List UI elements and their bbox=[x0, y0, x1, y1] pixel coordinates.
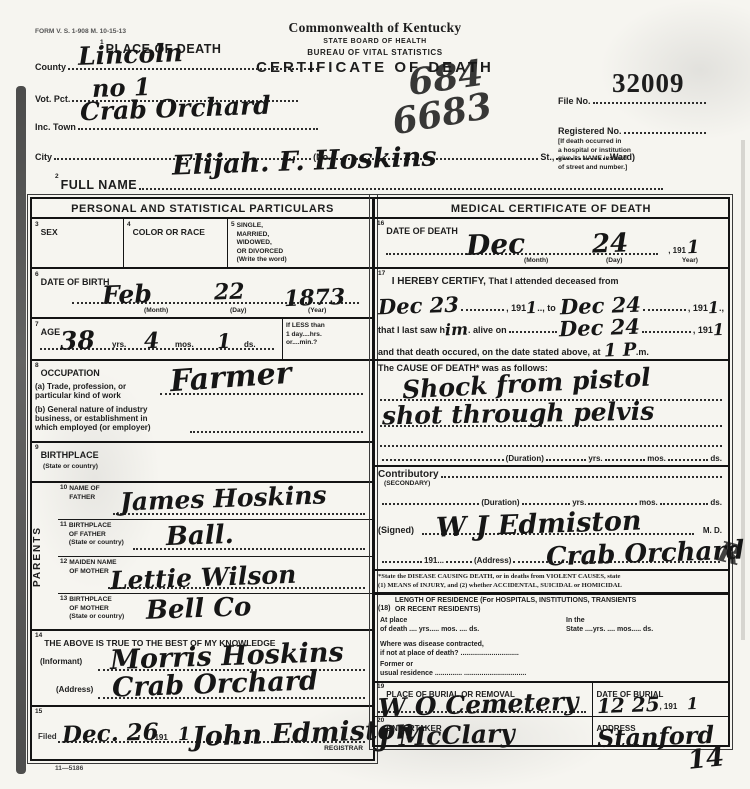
year-stub: , 191 bbox=[506, 303, 526, 313]
birth-year-value: 1873 bbox=[284, 286, 346, 310]
personal-particulars-section: PERSONAL AND STATISTICAL PARTICULARS 3SE… bbox=[30, 197, 375, 761]
year-sublabel: (Year) bbox=[308, 307, 326, 316]
county-value: Lincoln bbox=[78, 40, 184, 69]
scan-edge-left bbox=[16, 86, 26, 774]
md-label: M. D. bbox=[703, 526, 722, 535]
year-stub: , 191 bbox=[688, 303, 708, 313]
field-number: 19 bbox=[377, 683, 384, 690]
contributory-secondary-label: (SECONDARY) bbox=[384, 480, 724, 489]
informant-address-label: (Address) bbox=[56, 685, 93, 694]
field-number: 3 bbox=[35, 221, 39, 228]
footnote-block: *State the DISEASE CAUSING DEATH, or in … bbox=[374, 569, 728, 595]
field-number: 13 bbox=[60, 595, 67, 602]
father-birthplace-row: 11BIRTHPLACE OF FATHER (State or country… bbox=[58, 520, 373, 557]
days-unit-label: ds. bbox=[710, 498, 722, 507]
dotted-leader bbox=[382, 561, 422, 563]
father-name-row: 10NAME OF FATHER James Hoskins bbox=[58, 483, 373, 520]
undertaker-address-cell: ADDRESS Stanford bbox=[593, 717, 728, 747]
parents-section: PARENTS 10NAME OF FATHER James Hoskins 1… bbox=[32, 483, 373, 631]
birthplace-label: BIRTHPLACE bbox=[41, 450, 99, 460]
filed-year-digit: 1 bbox=[178, 726, 191, 744]
registered-number-row: Registered No. bbox=[558, 116, 708, 136]
comma-label: ., bbox=[719, 303, 724, 313]
date-of-death-label: DATE OF DEATH bbox=[386, 226, 458, 236]
age-label: AGE bbox=[41, 327, 61, 337]
burial-place-value: W O Cemetery bbox=[378, 689, 579, 721]
duration-label: (Duration) bbox=[481, 498, 519, 507]
footnote-line2: (1) MEANS of INJURY, and (2) whether ACC… bbox=[378, 582, 724, 591]
dotted-leader bbox=[588, 503, 637, 505]
death-year-digit: 1 bbox=[687, 239, 700, 257]
birthplace-sublabel: (State or country) bbox=[43, 463, 370, 472]
father-birthplace-label: BIRTHPLACE OF FATHER (State or country) bbox=[69, 522, 124, 548]
last-saw-date: Dec 24 bbox=[559, 316, 641, 340]
dotted-leader bbox=[446, 561, 472, 563]
dotted-leader bbox=[624, 132, 706, 134]
year-blank-label: 191... bbox=[424, 556, 444, 565]
age-field: 7AGE 38 yrs. 4 mos. 1 ds. bbox=[32, 319, 282, 359]
form-footer-code: 11—5186 bbox=[55, 765, 83, 774]
informant-label: (Informant) bbox=[40, 657, 82, 666]
dotted-leader bbox=[668, 459, 709, 461]
commonwealth-title: Commonwealth of Kentucky bbox=[235, 20, 515, 36]
cause-of-death-line2: shot through pelvis bbox=[382, 399, 655, 429]
undertaker-cell: 20UNDERTAKER J McClary bbox=[374, 717, 593, 747]
field-number: 8 bbox=[35, 362, 39, 369]
residence-former: Former or usual residence ..............… bbox=[380, 661, 526, 679]
dotted-leader bbox=[660, 503, 709, 505]
dotted-leader bbox=[522, 503, 571, 505]
death-time-value: 1 P bbox=[603, 341, 636, 360]
color-race-field: 4COLOR OR RACE bbox=[124, 219, 228, 267]
cause-of-death-section: The CAUSE OF DEATH* was as follows: Shoc… bbox=[374, 361, 728, 467]
month-sublabel: (Month) bbox=[524, 257, 548, 266]
years-unit-label: yrs. bbox=[588, 454, 602, 463]
death-certificate-scan: FORM V. S. 1-908 M. 10-15-13 1PLACE OF D… bbox=[0, 0, 750, 789]
field-number: 10 bbox=[60, 484, 67, 491]
county-label: County bbox=[35, 62, 66, 72]
father-name-value: James Hoskins bbox=[120, 482, 327, 514]
informant-address-value: Crab Orchard bbox=[112, 667, 319, 701]
death-day-value: 24 bbox=[592, 230, 629, 257]
burial-year-digit: 1 bbox=[687, 696, 699, 712]
mother-maiden-name-row: 12MAIDEN NAME OF MOTHER Lettie Wilson bbox=[58, 557, 373, 594]
color-race-label: COLOR OR RACE bbox=[133, 227, 205, 237]
footnote-line1: *State the DISEASE CAUSING DEATH, or in … bbox=[378, 573, 724, 582]
year-stub: , 191 bbox=[659, 702, 677, 711]
age-years-value: 38 bbox=[60, 327, 96, 353]
dotted-leader bbox=[605, 459, 646, 461]
sex-field: 3SEX bbox=[32, 219, 124, 267]
mother-birthplace-row: 13BIRTHPLACE OF MOTHER (State or country… bbox=[58, 594, 373, 629]
months-unit-label: mos. bbox=[175, 340, 194, 349]
burial-place-cell: 19PLACE OF BURIAL OR REMOVAL W O Cemeter… bbox=[374, 683, 593, 717]
attended-to-year-digit: 1 bbox=[708, 300, 720, 316]
address-label: (Address) bbox=[474, 556, 511, 565]
age-months-value: 4 bbox=[144, 330, 160, 353]
dotted-leader bbox=[78, 128, 318, 130]
registered-number-label: Registered No. bbox=[558, 126, 622, 136]
death-month-value: Dec bbox=[466, 230, 526, 260]
full-name-label: FULL NAME bbox=[61, 178, 138, 192]
burial-date-value: 12 25 bbox=[597, 694, 660, 716]
mother-birthplace-label: BIRTHPLACE OF MOTHER (State or country) bbox=[69, 596, 124, 622]
undertaker-value: J McClary bbox=[378, 721, 516, 751]
last-saw-pronoun: im bbox=[445, 322, 469, 339]
residence-contracted: Where was disease contracted, if not at … bbox=[380, 641, 519, 659]
field-number: (18) bbox=[378, 605, 390, 612]
dotted-leader bbox=[380, 445, 722, 447]
to-label: .., to bbox=[537, 303, 556, 313]
signed-label: (Signed) bbox=[378, 525, 414, 535]
dotted-leader bbox=[593, 102, 706, 104]
medical-certificate-title: MEDICAL CERTIFICATE OF DEATH bbox=[374, 199, 728, 219]
field-number: 16 bbox=[377, 220, 384, 227]
street-label: St., bbox=[540, 152, 554, 162]
occupation-row: 8OCCUPATION (a) Trade, profession, or pa… bbox=[32, 361, 373, 443]
physician-signature: W J Edmiston bbox=[436, 507, 642, 541]
month-sublabel: (Month) bbox=[144, 307, 168, 316]
dotted-leader bbox=[461, 309, 504, 311]
day-sublabel: (Day) bbox=[230, 307, 247, 316]
field-number: 17 bbox=[378, 270, 385, 277]
certify-intro-bold: I HEREBY CERTIFY, bbox=[392, 276, 486, 287]
burial-grid: 19PLACE OF BURIAL OR REMOVAL W O Cemeter… bbox=[374, 681, 728, 747]
file-number-value: 32009 bbox=[612, 68, 685, 99]
months-unit-label: mos. bbox=[647, 454, 666, 463]
mother-birthplace-value: Bell Co bbox=[146, 594, 252, 624]
field-number: 9 bbox=[35, 444, 39, 451]
last-saw-post: . alive on bbox=[468, 325, 507, 335]
days-unit-label: ds. bbox=[710, 454, 722, 463]
filed-registrar-row: 15 Filed Dec. 26 , 191 1 John Edmiston R… bbox=[32, 707, 373, 755]
residence-in-state: In the State ....yrs. .... mos..... ds. bbox=[566, 617, 653, 635]
signed-row: (Signed) W J Edmiston M. D. bbox=[374, 509, 728, 541]
dotted-leader bbox=[382, 503, 479, 505]
attended-from-date: Dec 23 bbox=[378, 294, 460, 318]
year-stub: , 191 bbox=[693, 325, 713, 335]
attended-from-line: Dec 23 , 191 1 .., to Dec 24 , 191 1 ., bbox=[378, 291, 724, 313]
dotted-leader bbox=[509, 331, 558, 333]
age-days-value: 1 bbox=[217, 331, 232, 351]
age-less-than-day-note: If LESS than 1 day....hrs. or....min.? bbox=[282, 319, 373, 359]
year-sublabel: Year) bbox=[682, 257, 698, 266]
dotted-leader bbox=[190, 431, 363, 433]
medical-certificate-section: MEDICAL CERTIFICATE OF DEATH 16DATE OF D… bbox=[372, 197, 730, 747]
year-stub: , 191 bbox=[668, 246, 686, 255]
dotted-leader bbox=[546, 459, 587, 461]
dotted-leader bbox=[139, 188, 663, 190]
field-number: 12 bbox=[60, 558, 67, 565]
personal-particulars-title: PERSONAL AND STATISTICAL PARTICULARS bbox=[32, 199, 373, 219]
father-birthplace-value: Ball. bbox=[166, 522, 235, 550]
date-of-death-row: 16DATE OF DEATH Dec 24 , 191 1 (Month) (… bbox=[374, 219, 728, 269]
dotted-leader bbox=[441, 476, 722, 478]
inc-town-value: Crab Orchard bbox=[80, 93, 271, 125]
physician-address-row: 191... (Address) Crab Orchard bbox=[374, 541, 728, 569]
years-unit-label: yrs. bbox=[572, 498, 586, 507]
occupation-trade-value: Farmer bbox=[169, 359, 292, 397]
last-saw-year-digit: 1 bbox=[713, 322, 725, 338]
certify-section: 17 I HEREBY CERTIFY, That I attended dec… bbox=[374, 269, 728, 361]
death-occurred-line: and that death occured, on the date stat… bbox=[378, 335, 724, 357]
page-mark: 14 bbox=[687, 744, 726, 774]
marital-status-label: SINGLE, MARRIED, WIDOWED, OR DIVORCED (W… bbox=[237, 222, 287, 265]
occupation-industry-label: (b) General nature of industry business,… bbox=[35, 405, 370, 432]
contributory-label: Contributory bbox=[378, 469, 439, 480]
filed-label: Filed bbox=[38, 732, 57, 741]
dotted-leader bbox=[382, 459, 504, 461]
mother-maiden-name-value: Lettie Wilson bbox=[110, 562, 297, 593]
death-occurred-text: and that death occured, on the date stat… bbox=[378, 347, 601, 357]
informant-section: 14THE ABOVE IS TRUE TO THE BEST OF MY KN… bbox=[32, 631, 373, 707]
sex-label: SEX bbox=[41, 227, 58, 237]
dotted-leader bbox=[556, 158, 607, 160]
field-number: 15 bbox=[35, 708, 42, 715]
field-number: 11 bbox=[60, 521, 67, 528]
day-sublabel: (Day) bbox=[606, 257, 623, 266]
cause-duration-line: (Duration) yrs. mos. ds. bbox=[380, 454, 722, 463]
death-time-suffix: .m. bbox=[636, 347, 649, 357]
field-number: 14 bbox=[35, 632, 42, 639]
contributory-section: Contributory (SECONDARY) (Duration) yrs.… bbox=[374, 467, 728, 509]
city-label: City bbox=[35, 152, 52, 162]
contributory-duration-line: (Duration) yrs. mos. ds. bbox=[380, 498, 722, 507]
age-row: 7AGE 38 yrs. 4 mos. 1 ds. If LESS than 1… bbox=[32, 319, 373, 361]
attended-from-year-digit: 1 bbox=[526, 300, 538, 316]
date-of-birth-row: 6DATE OF BIRTH Feb 22 1873 (Month) (Day)… bbox=[32, 269, 373, 319]
birth-month-value: Feb bbox=[102, 281, 153, 308]
date-of-birth-label: DATE OF BIRTH bbox=[41, 277, 110, 287]
years-unit-label: yrs. bbox=[112, 340, 126, 349]
sex-color-marital-row: 3SEX 4COLOR OR RACE 5SINGLE, MARRIED, WI… bbox=[32, 219, 373, 269]
parents-vertical-label: PARENTS bbox=[32, 483, 58, 629]
duration-label: (Duration) bbox=[506, 454, 544, 463]
field-number: 5 bbox=[231, 221, 235, 228]
ward-label: Ward) bbox=[610, 152, 635, 162]
residence-label: LENGTH OF RESIDENCE (For HOSPITALS, INST… bbox=[395, 597, 636, 615]
field-number: 7 bbox=[35, 321, 39, 328]
residence-at-place: At place of death .... yrs..... mos. ...… bbox=[380, 617, 479, 635]
voting-precinct-label: Vot. Pct. bbox=[35, 94, 70, 104]
field-number: 6 bbox=[35, 271, 39, 278]
father-name-label: NAME OF FATHER bbox=[69, 485, 99, 502]
year-stub: , 191 bbox=[150, 733, 168, 742]
birthplace-row: 9BIRTHPLACE (State or country) bbox=[32, 443, 373, 483]
birth-day-value: 22 bbox=[214, 280, 245, 303]
last-saw-pre: that I last saw h bbox=[378, 325, 445, 335]
days-unit-label: ds. bbox=[244, 340, 256, 349]
months-unit-label: mos. bbox=[639, 498, 658, 507]
state-board-subtitle: STATE BOARD OF HEALTH bbox=[235, 38, 515, 47]
filed-date-value: Dec. 26 bbox=[62, 720, 159, 746]
file-number-label: File No. bbox=[558, 96, 591, 106]
certify-intro-rest: That I attended deceased from bbox=[486, 276, 619, 286]
dotted-leader bbox=[642, 331, 691, 333]
residence-section: (18) LENGTH OF RESIDENCE (For HOSPITALS,… bbox=[374, 595, 728, 681]
form-code: FORM V. S. 1-908 M. 10-15-13 bbox=[35, 28, 126, 37]
dotted-leader bbox=[643, 309, 686, 311]
field-number: 4 bbox=[127, 221, 131, 228]
occupation-label: OCCUPATION bbox=[41, 368, 100, 378]
inc-town-label: Inc. Town bbox=[35, 122, 76, 132]
registrar-label: REGISTRAR bbox=[324, 745, 363, 754]
burial-date-cell: DATE OF BURIAL 12 25 , 191 1 bbox=[593, 683, 728, 717]
marital-status-field: 5SINGLE, MARRIED, WIDOWED, OR DIVORCED (… bbox=[228, 219, 373, 267]
stray-number-bottom: 6683 bbox=[390, 88, 495, 141]
